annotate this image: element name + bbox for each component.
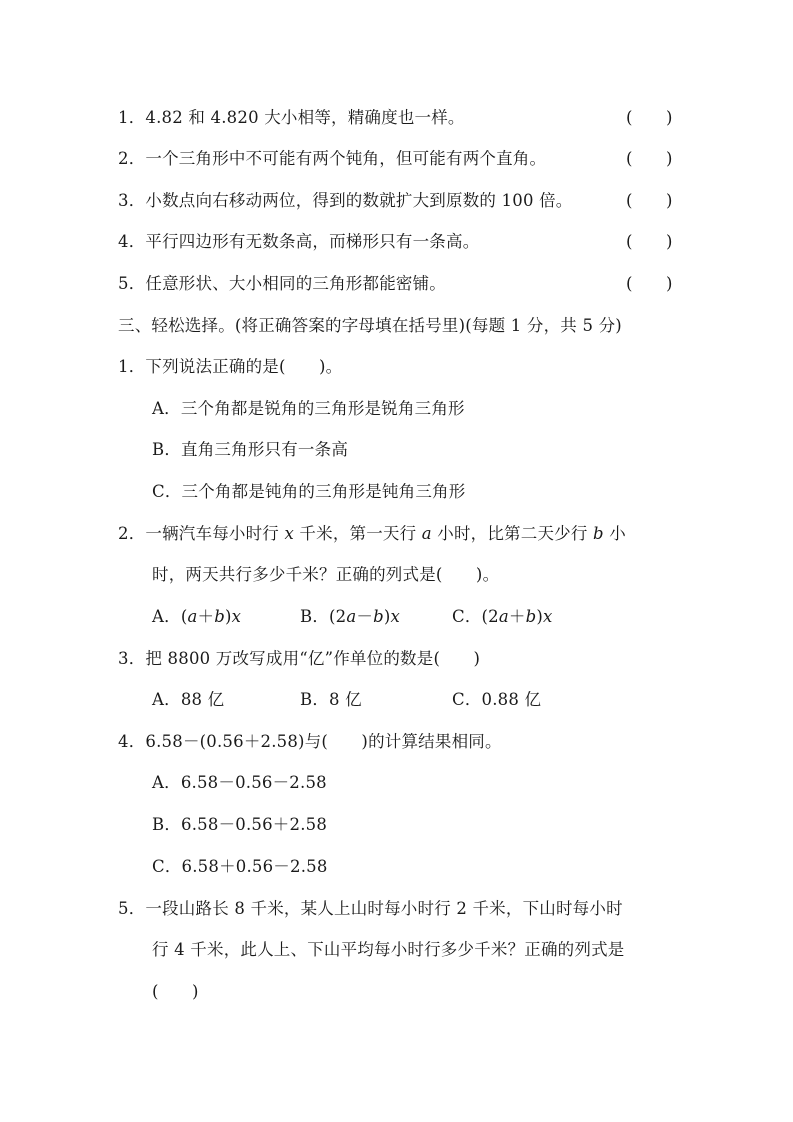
option-label: C．: [452, 607, 482, 626]
item-number: 4．: [118, 229, 145, 255]
question-2-stem-line1: 2．一辆汽车每小时行 x 千米，第一天行 a 小时，比第二天少行 b 小: [118, 521, 674, 547]
variable: b: [214, 607, 225, 626]
variable: a: [187, 607, 197, 626]
item-text: 任意形状、大小相同的三角形都能密铺。: [145, 274, 446, 293]
answer-blank-open[interactable]: (: [626, 271, 633, 297]
option-label: C．: [152, 482, 182, 501]
question-text: 6.58－(0.56＋2.58)与( )的计算结果相同。: [145, 732, 501, 751]
question-4-stem: 4．6.58－(0.56＋2.58)与( )的计算结果相同。: [118, 729, 674, 755]
variable: x: [391, 607, 401, 626]
question-text: 一辆汽车每小时行: [145, 524, 284, 543]
option-label: C．: [452, 690, 482, 709]
option-label: C．: [152, 857, 182, 876]
question-2-option-b[interactable]: B．(2a－b)x: [300, 604, 400, 630]
question-1-option-c[interactable]: C．三个角都是钝角的三角形是钝角三角形: [152, 479, 672, 505]
judgment-item-4: 4．平行四边形有无数条高，而梯形只有一条高。 ( ): [118, 229, 674, 255]
option-label: B．: [152, 815, 181, 834]
option-text: 三个角都是锐角的三角形是锐角三角形: [181, 399, 465, 418]
variable: x: [232, 607, 242, 626]
answer-blank-close: ): [666, 271, 673, 297]
question-1-stem: 1．下列说法正确的是( )。: [118, 354, 674, 380]
option-label: A．: [152, 399, 181, 418]
item-number: 1．: [118, 105, 145, 131]
question-4-option-a[interactable]: A．6.58－0.56－2.58: [152, 770, 672, 796]
option-text: ): [384, 607, 391, 626]
item-number: 3．: [118, 188, 145, 214]
item-text: 平行四边形有无数条高，而梯形只有一条高。: [145, 232, 479, 251]
option-text: 6.58＋0.56－2.58: [182, 857, 328, 876]
question-5-stem-line2: 行 4 千米，此人上、下山平均每小时行多少千米？正确的列式是: [152, 937, 672, 963]
item-text: 4.82 和 4.820 大小相等，精确度也一样。: [145, 108, 464, 127]
question-text: 把 8800 万改写成用“亿”作单位的数是( ): [145, 649, 480, 668]
question-3-stem: 3．把 8800 万改写成用“亿”作单位的数是( ): [118, 646, 674, 672]
question-4-option-b[interactable]: B．6.58－0.56＋2.58: [152, 812, 672, 838]
option-text: 直角三角形只有一条高: [181, 440, 348, 459]
question-number: 4．: [118, 729, 145, 755]
option-text: 三个角都是钝角的三角形是钝角三角形: [182, 482, 466, 501]
variable: b: [526, 607, 537, 626]
option-text: 0.88 亿: [482, 690, 542, 709]
question-number: 5．: [118, 896, 145, 922]
answer-blank-open[interactable]: (: [626, 105, 633, 131]
item-text: 小数点向右移动两位，得到的数就扩大到原数的 100 倍。: [145, 191, 572, 210]
question-2-options: A．(a＋b)x B．(2a－b)x C．(2a＋b)x: [152, 604, 672, 630]
question-number: 1．: [118, 354, 145, 380]
option-text: 88 亿: [181, 690, 225, 709]
question-2-option-a[interactable]: A．(a＋b)x: [152, 604, 241, 630]
section-heading: 三、轻松选择。(将正确答案的字母填在括号里)(每题 1 分，共 5 分): [118, 313, 674, 339]
answer-blank-close: ): [666, 105, 673, 131]
answer-blank-close: ): [666, 188, 673, 214]
question-5-answer-blank[interactable]: ( ): [152, 979, 672, 1005]
judgment-item-5: 5．任意形状、大小相同的三角形都能密铺。 ( ): [118, 271, 674, 297]
question-2-stem-line2: 时，两天共行多少千米？正确的列式是( )。: [152, 562, 672, 588]
question-5-stem-line1: 5．一段山路长 8 千米，某人上山时每小时行 2 千米，下山时每小时: [118, 896, 674, 922]
option-label: A．: [152, 690, 181, 709]
question-3-options: A．88 亿 B．8 亿 C．0.88 亿: [152, 687, 672, 713]
option-label: B．: [152, 440, 181, 459]
item-number: 2．: [118, 146, 145, 172]
question-4-option-c[interactable]: C．6.58＋0.56－2.58: [152, 854, 672, 880]
option-text: 8 亿: [329, 690, 362, 709]
answer-blank-open[interactable]: (: [626, 188, 633, 214]
option-text: 6.58－0.56－2.58: [181, 773, 327, 792]
variable: a: [499, 607, 509, 626]
worksheet-page: 1．4.82 和 4.820 大小相等，精确度也一样。 ( ) 2．一个三角形中…: [0, 0, 793, 1122]
option-text: ): [225, 607, 232, 626]
option-text: (2: [482, 607, 499, 626]
question-3-option-a[interactable]: A．88 亿: [152, 687, 224, 713]
question-number: 2．: [118, 521, 145, 547]
question-text: 下列说法正确的是( )。: [145, 357, 342, 376]
question-3-option-b[interactable]: B．8 亿: [300, 687, 362, 713]
judgment-item-3: 3．小数点向右移动两位，得到的数就扩大到原数的 100 倍。 ( ): [118, 188, 674, 214]
question-3-option-c[interactable]: C．0.88 亿: [452, 687, 541, 713]
option-label: A．: [152, 607, 181, 626]
option-text: 6.58－0.56＋2.58: [181, 815, 327, 834]
answer-blank-close: ): [666, 229, 673, 255]
judgment-item-2: 2．一个三角形中不可能有两个钝角，但可能有两个直角。 ( ): [118, 146, 674, 172]
operator: －: [356, 607, 373, 626]
question-text: 小: [604, 524, 626, 543]
variable: a: [346, 607, 356, 626]
answer-blank-close: ): [666, 146, 673, 172]
question-2-option-c[interactable]: C．(2a＋b)x: [452, 604, 553, 630]
operator: ＋: [198, 607, 215, 626]
answer-blank-open[interactable]: (: [626, 229, 633, 255]
variable-x: x: [284, 524, 294, 543]
variable: b: [373, 607, 384, 626]
question-text: 千米，第一天行: [294, 524, 422, 543]
option-label: B．: [300, 607, 329, 626]
question-text: 小时，比第二天少行: [432, 524, 593, 543]
item-number: 5．: [118, 271, 145, 297]
item-text: 一个三角形中不可能有两个钝角，但可能有两个直角。: [145, 149, 546, 168]
answer-blank-open[interactable]: (: [626, 146, 633, 172]
question-1-option-b[interactable]: B．直角三角形只有一条高: [152, 437, 672, 463]
variable: x: [543, 607, 553, 626]
operator: ＋: [509, 607, 526, 626]
question-1-option-a[interactable]: A．三个角都是锐角的三角形是锐角三角形: [152, 396, 672, 422]
variable-b: b: [593, 524, 604, 543]
question-number: 3．: [118, 646, 145, 672]
question-text: 一段山路长 8 千米，某人上山时每小时行 2 千米，下山时每小时: [145, 899, 622, 918]
option-label: B．: [300, 690, 329, 709]
option-label: A．: [152, 773, 181, 792]
option-text: (2: [329, 607, 346, 626]
variable-a: a: [422, 524, 432, 543]
judgment-item-1: 1．4.82 和 4.820 大小相等，精确度也一样。 ( ): [118, 105, 674, 131]
